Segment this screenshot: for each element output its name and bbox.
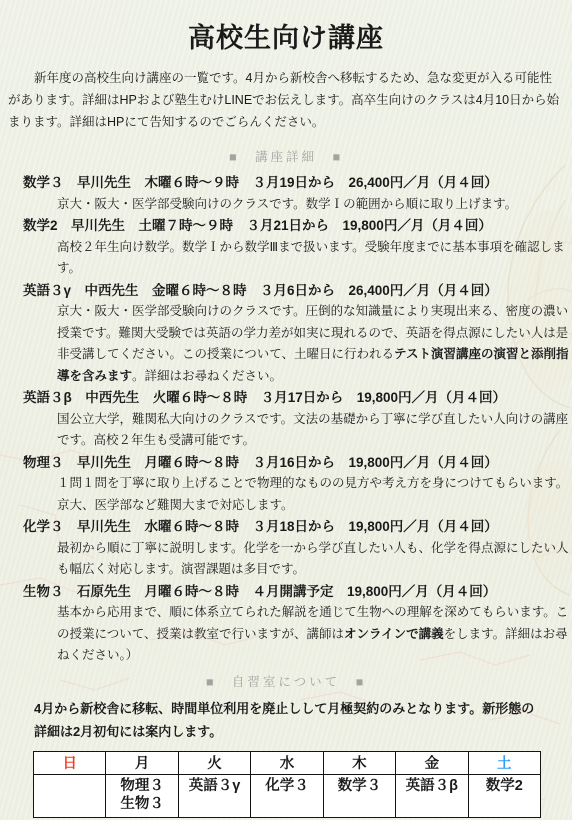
course-title: 英語３γ 中西先生 金曜６時〜８時 ３月6日から 26,400円／月（月４回） (23, 280, 572, 302)
timetable-class-label: 物理３ (106, 777, 177, 795)
timetable-body-row: 物理３生物３英語３γ化学３数学３英語３β数学2 (34, 774, 541, 817)
timetable-day-header-4: 木 (323, 751, 395, 774)
course-entry-math2: 数学2 早川先生 土曜７時〜９時 ３月21日から 19,800円／月（月４回）高… (0, 215, 572, 280)
timetable-cell-3: 化学３ (251, 774, 323, 817)
section-header-courses: ■ 講座詳細 ■ (0, 147, 572, 165)
timetable-day-header-3: 水 (251, 751, 323, 774)
timetable-class-label: 数学2 (469, 777, 540, 795)
course-title: 数学３ 早川先生 木曜６時〜９時 ３月19日から 26,400円／月（月４回） (23, 172, 572, 194)
timetable-cell-2: 英語３γ (178, 774, 250, 817)
course-entry-math3: 数学３ 早川先生 木曜６時〜９時 ３月19日から 26,400円／月（月４回）京… (0, 172, 572, 215)
timetable-class-label: 化学３ (251, 777, 322, 795)
timetable-cell-5: 英語３β (396, 774, 468, 817)
course-description: 京大・阪大・医学部受験向けのクラスです。数学Ｉの範囲から順に取り上げます。 (57, 194, 570, 216)
course-description: 国公立大学，難関私大向けのクラスです。文法の基礎から丁寧に学び直したい人向けの講… (57, 409, 570, 452)
course-entry-biology3: 生物３ 石原先生 月曜６時〜８時 ４月開講予定 19,800円／月（月４回）基本… (0, 581, 572, 667)
course-description: 最初から順に丁寧に説明します。化学を一から学び直したい人も、化学を得点源にしたい… (57, 538, 570, 581)
timetable-day-header-2: 火 (178, 751, 250, 774)
timetable-cell-1: 物理３生物３ (106, 774, 178, 817)
course-title: 英語３β 中西先生 火曜６時〜８時 ３月17日から 19,800円／月（月４回） (23, 387, 572, 409)
course-description-segment: 最初から順に丁寧に説明します。化学を一から学び直したい人も、化学を得点源にしたい… (57, 541, 569, 577)
timetable-day-header-6: 土 (468, 751, 540, 774)
timetable-class-label: 英語３γ (179, 777, 250, 795)
course-description-bold-segment: オンラインで講義 (344, 627, 444, 641)
course-entry-english3-beta: 英語３β 中西先生 火曜６時〜８時 ３月17日から 19,800円／月（月４回）… (0, 387, 572, 452)
course-title: 物理３ 早川先生 月曜６時〜８時 ３月16日から 19,800円／月（月４回） (23, 452, 572, 474)
study-room-notice: 4月から新校舎に移転、時間単位利用を廃止しして月極契約のみとなります。新形態の詳… (34, 697, 547, 743)
timetable-day-header-1: 月 (106, 751, 178, 774)
timetable-cell-4: 数学３ (323, 774, 395, 817)
course-list: 数学３ 早川先生 木曜６時〜９時 ３月19日から 26,400円／月（月４回）京… (0, 172, 572, 667)
intro-paragraph: 新年度の高校生向け講座の一覧です。4月から新校舎へ移転するため、急な変更が入る可… (8, 67, 562, 133)
course-description-segment: 。詳細はお尋ねください。 (132, 369, 282, 383)
course-description-segment: 国公立大学，難関私大向けのクラスです。文法の基礎から丁寧に学び直したい人向けの講… (57, 412, 568, 448)
course-description: 基本から応用まで、順に体系立てられた解説を通じて生物への理解を深めてもらいます。… (57, 602, 570, 667)
page: 高校生向け講座 新年度の高校生向け講座の一覧です。4月から新校舎へ移転するため、… (0, 16, 572, 818)
timetable-cell-0 (34, 774, 106, 817)
timetable-class-label: 英語３β (396, 777, 467, 795)
course-description: １問１問を丁寧に取り上げることで物理的なものの見方や考え方を身につけてもらいます… (57, 473, 570, 516)
course-title: 生物３ 石原先生 月曜６時〜８時 ４月開講予定 19,800円／月（月４回） (23, 581, 572, 603)
section-header-study-room: ■ 自習室について ■ (0, 672, 572, 690)
course-description: 京大・阪大・医学部受験向けのクラスです。圧倒的な知識量により実現出来る、密度の濃… (57, 301, 570, 387)
course-entry-english3-gamma: 英語３γ 中西先生 金曜６時〜８時 ３月6日から 26,400円／月（月４回）京… (0, 280, 572, 388)
course-title: 化学３ 早川先生 水曜６時〜８時 ３月18日から 19,800円／月（月４回） (23, 516, 572, 538)
timetable-day-header-5: 金 (396, 751, 468, 774)
course-description-segment: 高校２年生向け数学。数学Ｉから数学Ⅲまで扱います。受験年度までに基本事項を確認し… (57, 240, 565, 276)
timetable-header-row: 日月火水木金土 (34, 751, 541, 774)
timetable-class-label: 数学３ (324, 777, 395, 795)
course-entry-chemistry3: 化学３ 早川先生 水曜６時〜８時 ３月18日から 19,800円／月（月４回）最… (0, 516, 572, 581)
timetable-cell-6: 数学2 (468, 774, 540, 817)
timetable-class-label: 生物３ (106, 795, 177, 813)
timetable-day-header-0: 日 (34, 751, 106, 774)
course-entry-physics3: 物理３ 早川先生 月曜６時〜８時 ３月16日から 19,800円／月（月４回）１… (0, 452, 572, 517)
course-description-segment: 京大・阪大・医学部受験向けのクラスです。数学Ｉの範囲から順に取り上げます。 (57, 197, 517, 211)
course-description-segment: １問１問を丁寧に取り上げることで物理的なものの見方や考え方を身につけてもらいます… (57, 476, 568, 512)
weekly-timetable: 日月火水木金土 物理３生物３英語３γ化学３数学３英語３β数学2 (33, 751, 541, 818)
course-description: 高校２年生向け数学。数学Ｉから数学Ⅲまで扱います。受験年度までに基本事項を確認し… (57, 237, 570, 280)
course-title: 数学2 早川先生 土曜７時〜９時 ３月21日から 19,800円／月（月４回） (23, 215, 572, 237)
page-title: 高校生向け講座 (0, 16, 572, 55)
